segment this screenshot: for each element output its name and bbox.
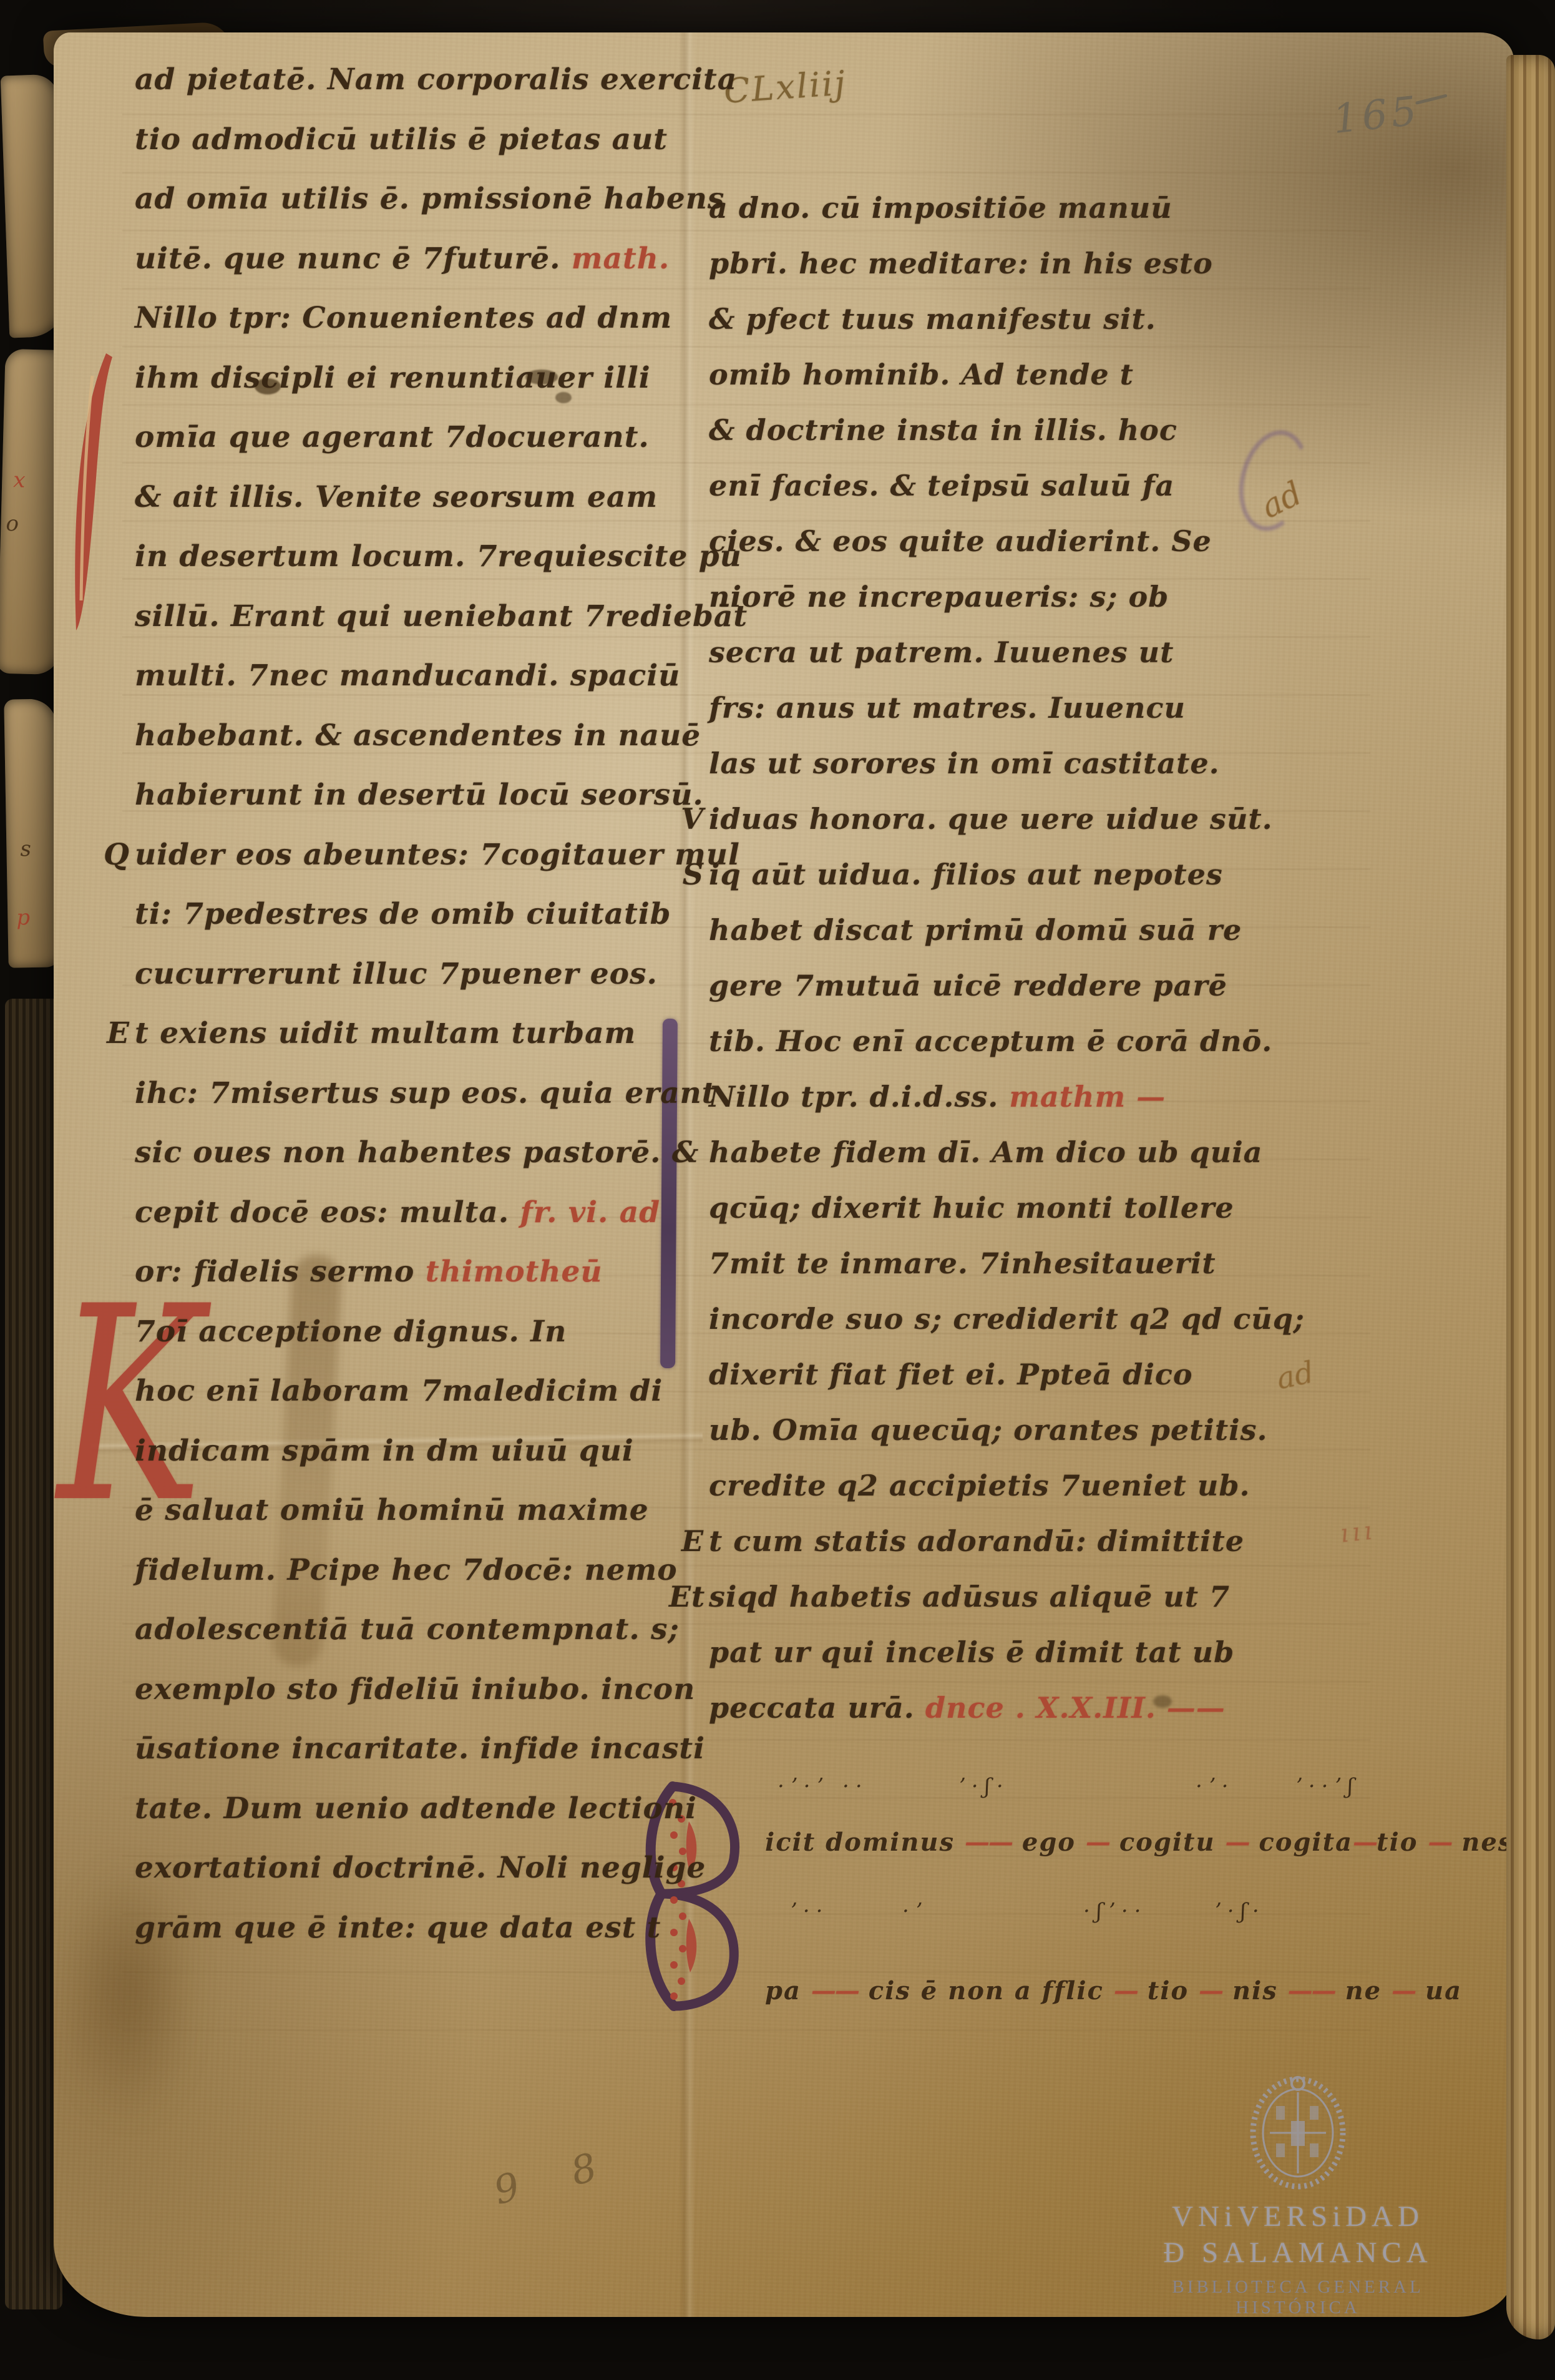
body-text: sic oues non habentes pastorē. &: [135, 1135, 699, 1170]
body-text: 7oī acceptione dignus. In: [135, 1315, 567, 1349]
margin-scribble: ııı: [1339, 1516, 1377, 1549]
text-line: tio admodicū utilis ē pietas aut: [135, 122, 640, 182]
body-text: omīa que agerant 7docuerant.: [135, 420, 650, 454]
text-line: uitē. que nunc ē 7futurē. math.: [135, 242, 640, 301]
text-line: ē saluat omiū hominū maxime: [135, 1493, 640, 1553]
body-text: tio admodicū utilis ē pietas aut: [135, 122, 668, 157]
text-line: hoc enī laboram 7maledicim di: [135, 1374, 640, 1434]
chant-text-line: icit dominus —— ego — cogitu — cogita—ti…: [765, 1828, 1555, 1857]
neume-cluster: ·ʼ·: [1196, 1774, 1234, 1799]
neume-row: ·ʼ·ʼ ··ʼ·ʃ··ʼ·ʼ··ʼʃ: [634, 1774, 1483, 1811]
rubric-text: dnce . X.X.III. ——: [925, 1691, 1226, 1725]
text-line: 7oī acceptione dignus. In: [135, 1315, 640, 1374]
body-text: in desertum locum. 7requiescite pu: [135, 539, 742, 574]
body-text: las ut sorores in omī castitate.: [709, 747, 1220, 780]
text-line: ūsatione incaritate. infide incasti: [135, 1731, 640, 1791]
text-line: habebant. & ascendentes in nauē: [135, 718, 640, 778]
chant-red-filler: —: [1086, 1828, 1109, 1857]
body-text: ē saluat omiū hominū maxime: [135, 1493, 649, 1527]
text-line: cies. & eos quite audierint. Se: [709, 524, 1302, 580]
text-line: habete fidem dī. Am dico ub quia: [709, 1135, 1302, 1191]
body-text: pbri. hec meditare: in his esto: [709, 247, 1213, 280]
rubric-text: mathm —: [1009, 1080, 1166, 1114]
text-line: qcūq; dixerit huic monti tollere: [709, 1191, 1302, 1246]
rubric-text: thimotheū: [426, 1255, 603, 1289]
text-line: Quider eos abeuntes: 7cogitauer mul: [135, 838, 640, 898]
text-column-right: a dno. cū impositiōe manuūpbri. hec medi…: [709, 191, 1302, 1746]
text-line: dixerit fiat fiet ei. Ppteā dico: [709, 1358, 1302, 1413]
body-text: qcūq; dixerit huic monti tollere: [709, 1191, 1234, 1225]
text-line: habet discat primū domū suā re: [709, 913, 1302, 969]
body-text: exortationi doctrinē. Noli neglige: [135, 1851, 706, 1885]
text-line: pbri. hec meditare: in his esto: [709, 247, 1302, 302]
body-text: ad pietatē. Nam corporalis exercita: [135, 62, 737, 97]
body-text: cepit docē eos: multa.: [135, 1195, 520, 1230]
body-text: cies. & eos quite audierint. Se: [709, 524, 1212, 558]
chant-red-filler: —: [1392, 1976, 1415, 2005]
body-text: enī facies. & teipsū saluū fa: [709, 469, 1174, 502]
text-line: Etsiqd habetis adūsus aliquē ut 7: [709, 1580, 1302, 1635]
body-text: t exiens uidit multam turbam: [135, 1016, 636, 1050]
chant-text: cis ē non a fflic: [859, 1976, 1114, 2005]
body-text: fidelum. Pcipe hec 7docē: nemo: [135, 1553, 678, 1587]
text-line: ad omīa utilis ē. pmissionē habens: [135, 182, 640, 242]
text-line: ihc: 7misertus sup eos. quia erant: [135, 1076, 640, 1136]
body-text: habebant. & ascendentes in nauē: [135, 718, 701, 753]
text-line: adolescentiā tuā contempnat. s;: [135, 1612, 640, 1672]
body-text: habierunt in desertū locū seorsū.: [135, 778, 704, 812]
body-text: ub. Omīa quecūq; orantes petitis.: [709, 1413, 1268, 1447]
chant-text: tio: [1377, 1828, 1428, 1857]
text-line: secra ut patrem. Iuuenes ut: [709, 635, 1302, 691]
text-line: & pfect tuus manifestu sit.: [709, 302, 1302, 358]
margin-capital: E: [669, 1524, 704, 1558]
text-line: habierunt in desertū locū seorsū.: [135, 778, 640, 838]
text-line: omib hominib. Ad tende t: [709, 358, 1302, 413]
neume-cluster: ʼ·ʃ·: [958, 1774, 1010, 1799]
body-text: & doctrine insta in illis. hoc: [709, 413, 1177, 447]
fore-edge: [1506, 55, 1555, 2339]
text-line: & doctrine insta in illis. hoc: [709, 413, 1302, 469]
body-text: exemplo sto fideliū iniubo. incon: [135, 1672, 695, 1707]
body-text: ūsatione incaritate. infide incasti: [135, 1731, 705, 1766]
body-text: Nillo tpr. d.i.d.ss.: [709, 1080, 1009, 1114]
text-line: multi. 7nec manducandi. spaciū: [135, 659, 640, 718]
watermark-line-1: VNiVERSiDAD: [1117, 2198, 1479, 2235]
body-text: habet discat primū domū suā re: [709, 913, 1242, 947]
text-line: peccata urā. dnce . X.X.III. ——: [709, 1691, 1302, 1746]
margin-capital: Q: [95, 838, 130, 872]
body-text: multi. 7nec manducandi. spaciū: [135, 659, 680, 693]
text-line: tate. Dum uenio adtende lectioni: [135, 1791, 640, 1851]
text-line: exemplo sto fideliū iniubo. incon: [135, 1672, 640, 1732]
body-text: frs: anus ut matres. Iuuencu: [709, 691, 1186, 725]
watermark: VNiVERSiDAD Ð SALAMANCA BIBLIOTECA GENER…: [1117, 2074, 1479, 2318]
body-text: t cum statis adorandū: dimittite: [709, 1524, 1244, 1558]
text-line: 7mit te inmare. 7inhesitauerit: [709, 1246, 1302, 1302]
body-text: iduas honora. que uere uidue sūt.: [709, 802, 1273, 836]
chant-text: nis: [1222, 1976, 1288, 2005]
body-text: or: fidelis sermo: [135, 1255, 426, 1289]
body-text: grām que ē inte: que data est t: [135, 1911, 661, 1945]
body-text: dixerit fiat fiet ei. Ppteā dico: [709, 1358, 1193, 1391]
body-text: sillū. Erant qui ueniebant 7rediebāt: [135, 599, 748, 634]
body-text: ti: 7pedestres de omib ciuitatib: [135, 897, 671, 931]
text-line: sic oues non habentes pastorē. &: [135, 1135, 640, 1195]
body-text: ihc: 7misertus sup eos. quia erant: [135, 1076, 716, 1110]
text-line: incorde suo s; crediderit q2 qd cūq;: [709, 1302, 1302, 1358]
body-text: niorē ne increpaueris: s; ob: [709, 580, 1169, 614]
text-line: Nillo tpr: Conuenientes ad dnm: [135, 301, 640, 361]
text-line: tib. Hoc enī acceptum ē corā dnō.: [709, 1024, 1302, 1080]
text-line: pat ur qui incelis ē dimit tat ub: [709, 1635, 1302, 1691]
chant-text: tio: [1138, 1976, 1199, 2005]
text-line: indicam spām in dm uiuū qui: [135, 1434, 640, 1494]
text-line: ti: 7pedestres de omib ciuitatib: [135, 897, 640, 957]
body-text: & pfect tuus manifestu sit.: [709, 302, 1156, 336]
body-text: ad omīa utilis ē. pmissionē habens: [135, 182, 724, 216]
body-text: secra ut patrem. Iuuenes ut: [709, 635, 1174, 669]
body-text: Nillo tpr: Conuenientes ad dnm: [135, 301, 672, 335]
body-text: ihm discipli ei renuntiauer illi: [135, 361, 651, 395]
body-text: pat ur qui incelis ē dimit tat ub: [709, 1635, 1234, 1669]
chant-red-filler: —: [1114, 1976, 1138, 2005]
text-line: fidelum. Pcipe hec 7docē: nemo: [135, 1553, 640, 1613]
neume-cluster: ·ʼ·ʼ ··: [777, 1774, 869, 1799]
body-text: cucurrerunt illuc 7puener eos.: [135, 957, 658, 991]
text-line: a dno. cū impositiōe manuū: [709, 191, 1302, 247]
neume-cluster: ·ʼ: [902, 1899, 929, 1924]
university-seal-icon: [1245, 2074, 1351, 2192]
neume-row: ʼ···ʼ·ʃʼ··ʼ·ʃ·: [634, 1899, 1483, 1936]
text-line: frs: anus ut matres. Iuuencu: [709, 691, 1302, 747]
margin-capital: S: [669, 858, 704, 891]
body-text: uitē. que nunc ē 7futurē.: [135, 242, 572, 276]
body-text: 7mit te inmare. 7inhesitauerit: [709, 1246, 1216, 1280]
body-text: adolescentiā tuā contempnat. s;: [135, 1612, 680, 1647]
rubric-text: fr. vi. ad: [520, 1195, 660, 1230]
margin-capital: V: [669, 802, 704, 836]
chant-red-filler: —: [1199, 1976, 1222, 2005]
text-line: omīa que agerant 7docuerant.: [135, 420, 640, 480]
watermark-line-2: Ð SALAMANCA: [1117, 2235, 1479, 2271]
neume-cluster: ʼ··: [790, 1899, 829, 1924]
text-line: Nillo tpr. d.i.d.ss. mathm —: [709, 1080, 1302, 1135]
body-text: tate. Dum uenio adtende lectioni: [135, 1791, 697, 1826]
neume-cluster: ʼ··ʼʃ: [1295, 1774, 1359, 1799]
chant-text: cogita: [1249, 1828, 1353, 1857]
chant-red-filler: —: [1226, 1828, 1249, 1857]
body-text: siqd habetis adūsus aliquē ut 7: [709, 1580, 1230, 1614]
body-text: incorde suo s; crediderit q2 qd cūq;: [709, 1302, 1305, 1336]
chant-text: ne: [1335, 1976, 1392, 2005]
body-text: credite q2 accipietis 7ueniet ub.: [709, 1469, 1250, 1502]
body-text: indicam spām in dm uiuū qui: [135, 1434, 634, 1468]
text-line: ub. Omīa quecūq; orantes petitis.: [709, 1413, 1302, 1469]
text-line: sillū. Erant qui ueniebant 7rediebāt: [135, 599, 640, 659]
text-line: las ut sorores in omī castitate.: [709, 747, 1302, 802]
text-line: or: fidelis sermo thimotheū: [135, 1255, 640, 1315]
margin-capital: E: [95, 1016, 130, 1050]
text-line: Viduas honora. que uere uidue sūt.: [709, 802, 1302, 858]
body-text: & ait illis. Venite seorsum eam: [135, 480, 658, 514]
chant-red-filler: ——: [965, 1828, 1012, 1857]
manuscript-photo: x o p s ad ad ııı CLxliij 165 9 8 K: [0, 0, 1555, 2380]
watermark-line-3: BIBLIOTECA GENERAL HISTÓRICA: [1117, 2277, 1479, 2318]
body-text: peccata urā.: [709, 1691, 925, 1725]
chant-text: cogitu: [1109, 1828, 1226, 1857]
text-line: & ait illis. Venite seorsum eam: [135, 480, 640, 540]
chant-red-filler: ——: [811, 1976, 859, 2005]
neume-cluster: ʼ·ʃ·: [1214, 1899, 1265, 1924]
text-line: niorē ne increpaueris: s; ob: [709, 580, 1302, 635]
page-number: 165: [1331, 88, 1423, 143]
text-line: in desertum locum. 7requiescite pu: [135, 539, 640, 599]
chant-text: pa: [765, 1976, 811, 2005]
chant-red-filler: —: [1428, 1828, 1451, 1857]
text-column-left: ad pietatē. Nam corporalis exercitatio a…: [135, 62, 640, 1970]
body-text: iq aūt uidua. filios aut nepotes: [709, 858, 1223, 891]
text-line: Et cum statis adorandū: dimittite: [709, 1524, 1302, 1580]
text-line: credite q2 accipietis 7ueniet ub.: [709, 1469, 1302, 1524]
text-line: ihm discipli ei renuntiauer illi: [135, 361, 640, 421]
body-text: a dno. cū impositiōe manuū: [709, 191, 1172, 225]
body-text: gere 7mutuā uicē reddere parē: [709, 969, 1227, 1002]
chant-text: ego: [1012, 1828, 1086, 1857]
margin-capital: Et: [669, 1580, 704, 1614]
body-text: omib hominib. Ad tende t: [709, 358, 1134, 391]
text-line: Siq aūt uidua. filios aut nepotes: [709, 858, 1302, 913]
text-line: grām que ē inte: que data est t: [135, 1911, 640, 1971]
text-line: enī facies. & teipsū saluū fa: [709, 469, 1302, 524]
rubric-text: math.: [572, 242, 670, 276]
body-text: hoc enī laboram 7maledicim di: [135, 1374, 663, 1408]
text-line: ad pietatē. Nam corporalis exercita: [135, 62, 640, 122]
chant-text: ua: [1415, 1976, 1462, 2005]
body-text: uider eos abeuntes: 7cogitauer mul: [135, 838, 740, 872]
chant-section: ·ʼ·ʼ ··ʼ·ʃ··ʼ·ʼ··ʼʃʼ···ʼ·ʃʼ··ʼ·ʃ·icit do…: [634, 1770, 1483, 2045]
chant-red-filler: ——: [1288, 1976, 1335, 2005]
chant-text: icit dominus: [765, 1828, 965, 1857]
binding-stub: p s: [4, 698, 61, 967]
body-text: habete fidem dī. Am dico ub quia: [709, 1135, 1263, 1169]
neume-cluster: ·ʃʼ··: [1083, 1899, 1147, 1924]
text-line: cucurrerunt illuc 7puener eos.: [135, 957, 640, 1017]
chant-text-line: pa —— cis ē non a fflic — tio — nis —— n…: [765, 1976, 1462, 2005]
text-line: exortationi doctrinē. Noli neglige: [135, 1851, 640, 1911]
text-line: Et exiens uidit multam turbam: [135, 1016, 640, 1076]
text-line: gere 7mutuā uicē reddere parē: [709, 969, 1302, 1024]
text-line: cepit docē eos: multa. fr. vi. ad: [135, 1195, 640, 1255]
chant-red-filler: —: [1353, 1828, 1377, 1857]
body-text: tib. Hoc enī acceptum ē corā dnō.: [709, 1024, 1272, 1058]
